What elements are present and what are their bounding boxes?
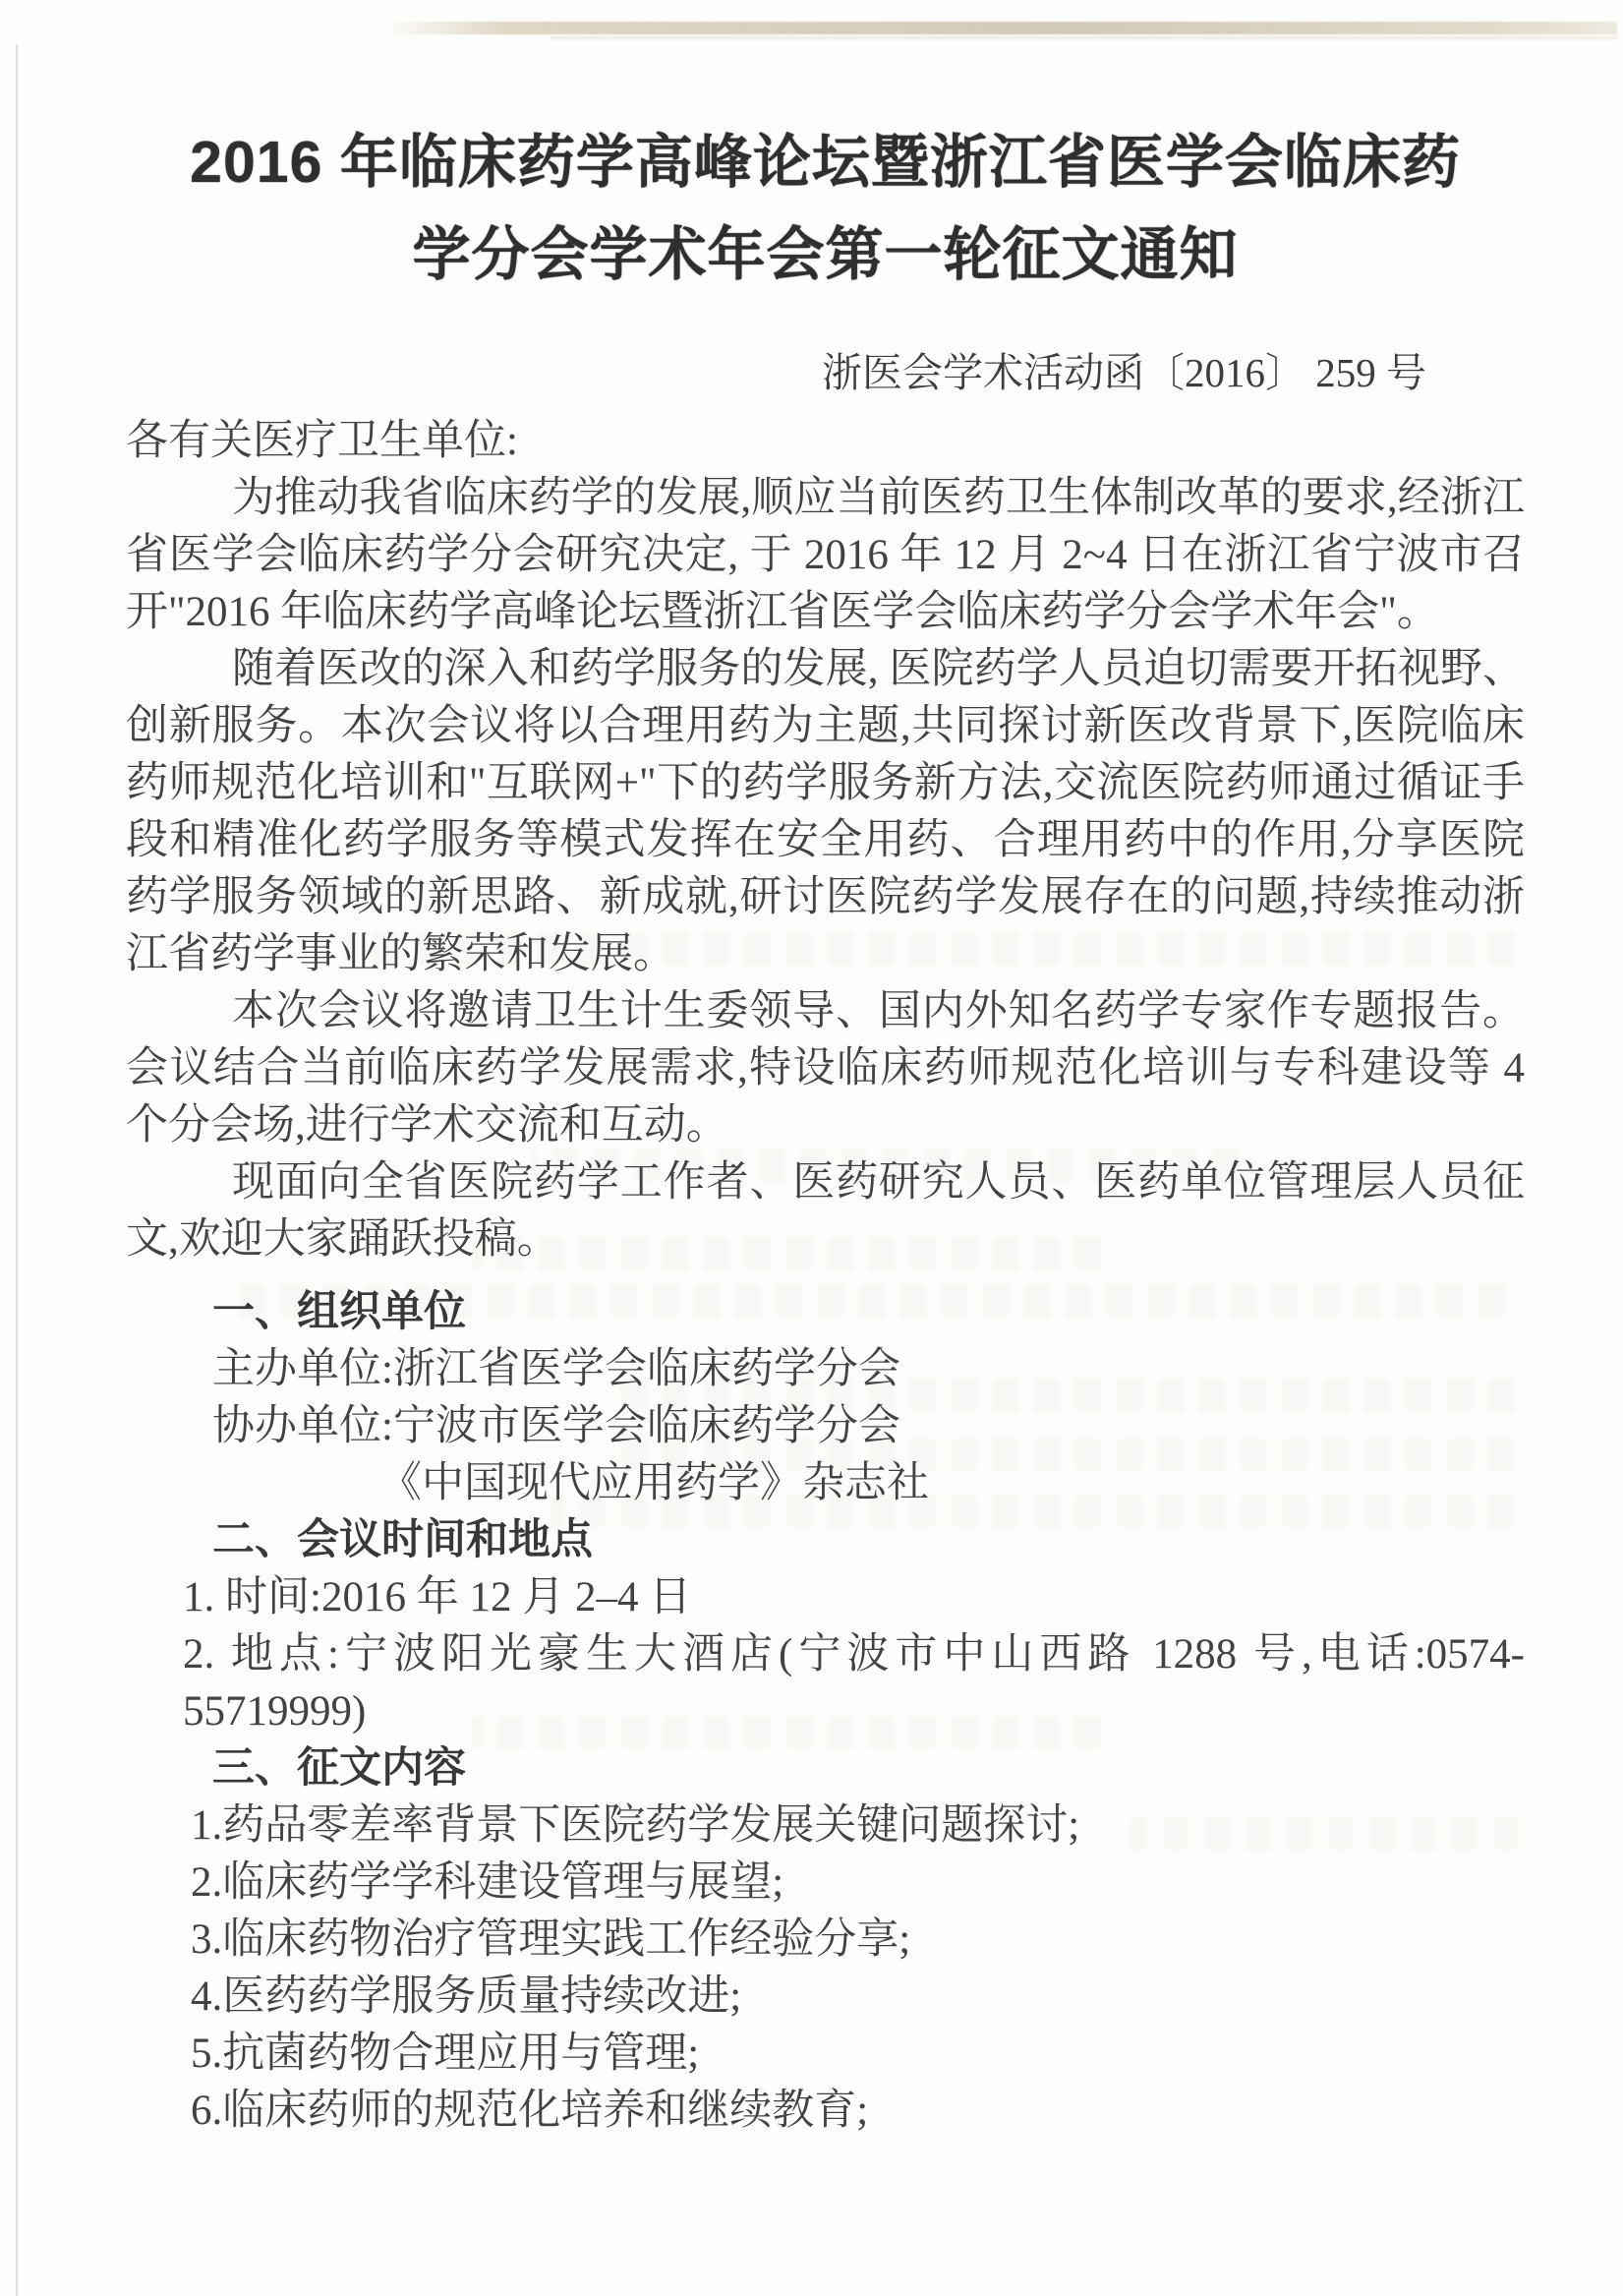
organizer-cohost-line: 协办单位:宁波市医学会临床药学分会 [126,1398,1525,1455]
document-title: 2016 年临床药学高峰论坛暨浙江省医学会临床药 学分会学术年会第一轮征文通知 [126,116,1525,301]
section-heading-time-place: 二、会议时间和地点 [126,1512,1525,1569]
topic-item: 1.药品零差率背景下医院药学发展关键问题探讨; [126,1797,1525,1854]
section-heading-organizers: 一、组织单位 [126,1284,1525,1341]
document-title-line1: 2016 年临床药学高峰论坛暨浙江省医学会临床药 [126,116,1525,208]
organizer-host-line: 主办单位:浙江省医学会临床药学分会 [126,1341,1525,1398]
document-content: 2016 年临床药学高峰论坛暨浙江省医学会临床药 学分会学术年会第一轮征文通知 … [126,0,1525,2140]
paragraph: 现面向全省医院药学工作者、医药研究人员、医药单位管理层人员征文,欢迎大家踊跃投稿… [126,1154,1525,1268]
topic-item: 2.临床药学学科建设管理与展望; [126,1854,1525,1912]
paragraph: 为推动我省临床药学的发展,顺应当前医药卫生体制改革的要求,经浙江省医学会临床药学… [126,470,1525,641]
meeting-time-line: 1. 时间:2016 年 12 月 2–4 日 [126,1569,1525,1626]
topic-item: 3.临床药物治疗管理实践工作经验分享; [126,1912,1525,1969]
topic-item: 4.医药药学服务质量持续改进; [126,1969,1525,2026]
document-reference-number: 浙医会学术活动函〔2016〕 259 号 [126,344,1525,401]
topic-item: 6.临床药师的规范化培养和继续教育; [126,2083,1525,2140]
salutation: 各有关医疗卫生单位: [126,413,1525,470]
paragraph: 随着医改的深入和药学服务的发展, 医院药学人员迫切需要开拓视野、创新服务。本次会… [126,641,1525,983]
meeting-place-line: 2. 地点:宁波阳光豪生大酒店(宁波市中山西路 1288 号,电话:0574-5… [126,1626,1525,1740]
document-body: 各有关医疗卫生单位: 为推动我省临床药学的发展,顺应当前医药卫生体制改革的要求,… [126,413,1525,2140]
section-heading-topics: 三、征文内容 [126,1740,1525,1797]
scanned-notice-page: 2016 年临床药学高峰论坛暨浙江省医学会临床药 学分会学术年会第一轮征文通知 … [0,0,1623,2296]
organizer-journal-line: 《中国现代应用药学》杂志社 [126,1455,1525,1512]
document-title-line2: 学分会学术年会第一轮征文通知 [126,208,1525,301]
scan-artifact-left-line [16,44,18,2296]
topic-item: 5.抗菌药物合理应用与管理; [126,2026,1525,2083]
paragraph: 本次会议将邀请卫生计生委领导、国内外知名药学专家作专题报告。会议结合当前临床药学… [126,983,1525,1154]
